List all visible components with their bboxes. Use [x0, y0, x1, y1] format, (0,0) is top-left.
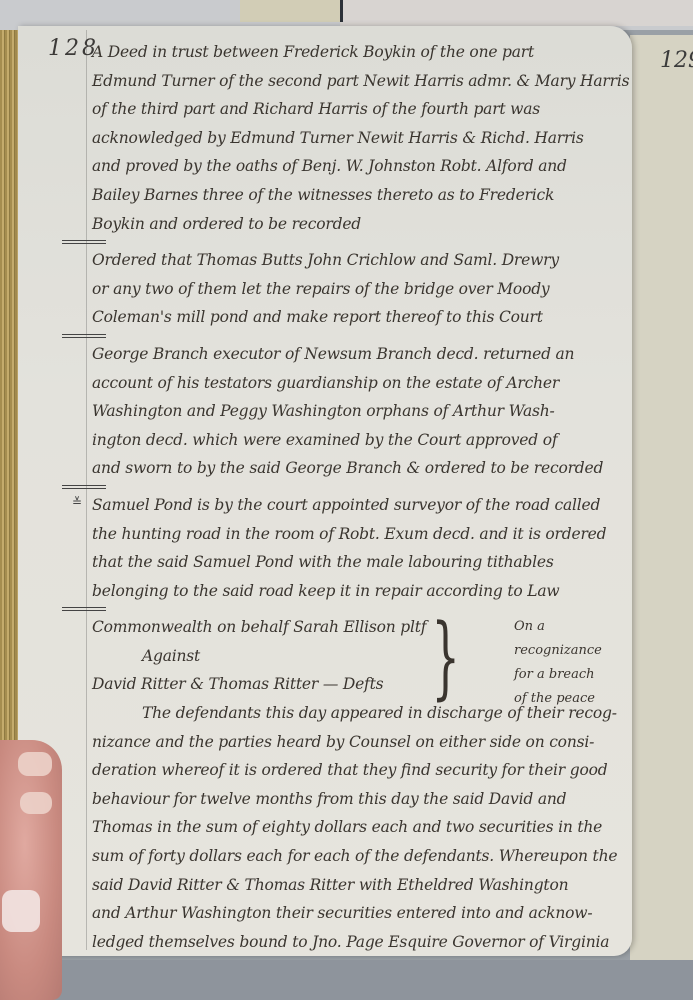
entry-line: Boykin and ordered to be recorded [92, 210, 622, 239]
ledger-entries: A Deed in trust between Frederick Boykin… [92, 38, 622, 985]
brace-mark: } [431, 605, 460, 710]
entry-line: Edmund Turner of the second part Newit H… [92, 67, 622, 96]
right-page-number: 129 [660, 48, 693, 73]
entry-line: Coleman's mill pond and make report ther… [92, 303, 622, 332]
entry-line: Washington and Peggy Washington orphans … [92, 397, 622, 426]
entry-bridge-repairs: Ordered that Thomas Butts John Crichlow … [92, 246, 622, 332]
right-page [630, 35, 693, 970]
margin-mark: ≚ [72, 495, 82, 509]
entry-line: account of his testators guardianship on… [92, 369, 622, 398]
fingernail [20, 792, 52, 814]
entry-line: or any two of them let the repairs of th… [92, 275, 622, 304]
entry-line: and Arthur Washington their securities e… [92, 899, 622, 928]
entry-line: and sworn to by the said George Branch &… [92, 454, 622, 483]
entry-line: George Branch executor of Newsum Branch … [92, 340, 622, 369]
entry-separator [92, 332, 622, 340]
entry-road-surveyor: ≚ Samuel Pond is by the court appointed … [92, 491, 622, 605]
page-marker-tab [240, 0, 343, 22]
entry-line: acknowledged by Edmund Turner Newit Harr… [92, 124, 622, 153]
entry-separator [92, 605, 622, 613]
entry-line: ington decd. which were examined by the … [92, 426, 622, 455]
marginal-note-line: for a breach [514, 663, 622, 687]
entry-line: and proved by the oaths of Benj. W. John… [92, 152, 622, 181]
holding-hand [0, 740, 62, 1000]
entry-guardianship-account: George Branch executor of Newsum Branch … [92, 340, 622, 483]
entry-line: Samuel Pond is by the court appointed su… [92, 491, 622, 520]
entry-deed-in-trust: A Deed in trust between Frederick Boykin… [92, 38, 622, 238]
ledger-page: 128 A Deed in trust between Frederick Bo… [18, 26, 632, 956]
entry-line: belonging to the said road keep it in re… [92, 577, 622, 606]
entry-commonwealth-v-ritter: Commonwealth on behalf Sarah Ellison plt… [92, 613, 622, 985]
fingernail [2, 890, 40, 932]
entry-line: deration whereof it is ordered that they… [92, 756, 622, 785]
entry-line: of the third part and Richard Harris of … [92, 95, 622, 124]
entry-line: Bailey Barnes three of the witnesses the… [92, 181, 622, 210]
marginal-note-line: of the peace [514, 687, 622, 711]
entry-separator [92, 238, 622, 246]
entry-line: that the said Samuel Pond with the male … [92, 548, 622, 577]
entry-line: nizance and the parties heard by Counsel… [92, 728, 622, 757]
marginal-note-line: On a recognizance [514, 615, 622, 663]
background-paper [340, 0, 693, 26]
entry-line: sum of forty dollars each for each of th… [92, 842, 622, 871]
entry-separator [92, 483, 622, 491]
entry-line: Thomas in the sum of eighty dollars each… [92, 813, 622, 842]
entry-line: said David Ritter & Thomas Ritter with E… [92, 871, 622, 900]
entry-line: Ordered that Thomas Butts John Crichlow … [92, 246, 622, 275]
marginal-note: On a recognizance for a breach of the pe… [514, 615, 622, 711]
margin-rule [86, 30, 87, 950]
entry-line: ledged themselves bound to Jno. Page Esq… [92, 928, 622, 957]
fingernail [18, 752, 52, 776]
entry-line: A Deed in trust between Frederick Boykin… [92, 38, 622, 67]
entry-line: behaviour for twelve months from this da… [92, 785, 622, 814]
entry-line: the hunting road in the room of Robt. Ex… [92, 520, 622, 549]
background-surface-bottom [40, 960, 693, 1000]
